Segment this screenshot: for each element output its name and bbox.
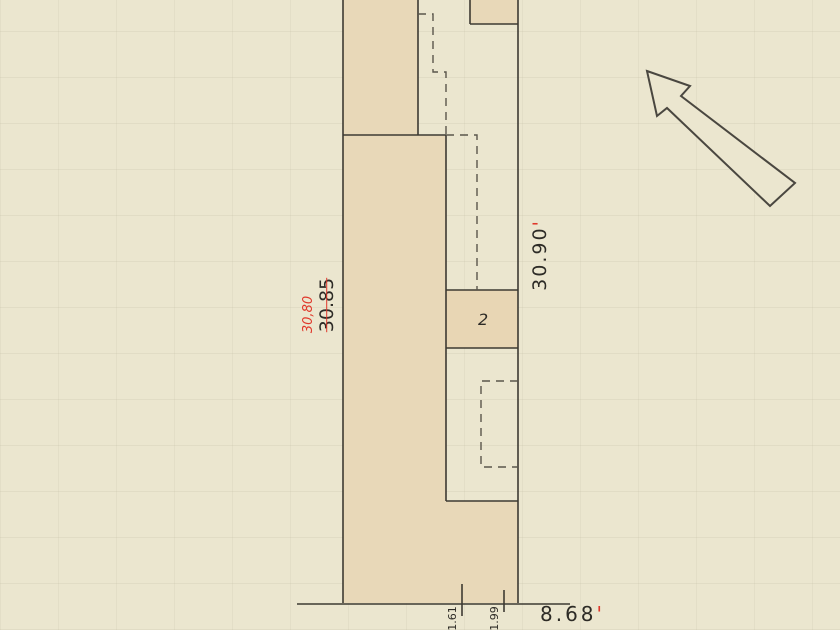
bottom-segment-2-value: 1.99 <box>488 606 501 630</box>
plan-sheet: 30.85 30,80 30.90' 2 8.68' 1.61 1.99 <box>0 0 840 630</box>
bottom-segment-2: 1.99 <box>488 606 501 630</box>
left-side-dimension-old: 30.85 <box>316 278 338 332</box>
left-side-old-value: 30.85 <box>316 278 338 332</box>
bottom-total-mark: ' <box>597 602 606 626</box>
right-side-dimension: 30.90' <box>529 219 551 291</box>
parcel-fill <box>343 0 518 603</box>
building-number: 2 <box>478 310 488 329</box>
bottom-segment-1: 1.61 <box>446 606 459 630</box>
plan-drawing <box>0 0 840 630</box>
left-side-corrected-value: 30,80 <box>301 296 316 333</box>
north-arrow-icon <box>647 71 795 206</box>
right-side-mark: ' <box>529 219 551 226</box>
bottom-total-dimension: 8.68' <box>540 602 605 626</box>
right-side-value: 30.90 <box>529 226 551 290</box>
bottom-total-value: 8.68 <box>540 602 597 626</box>
building-2-label: 2 <box>478 310 488 329</box>
bottom-segment-1-value: 1.61 <box>446 606 459 630</box>
left-side-dimension-corrected: 30,80 <box>301 296 316 333</box>
